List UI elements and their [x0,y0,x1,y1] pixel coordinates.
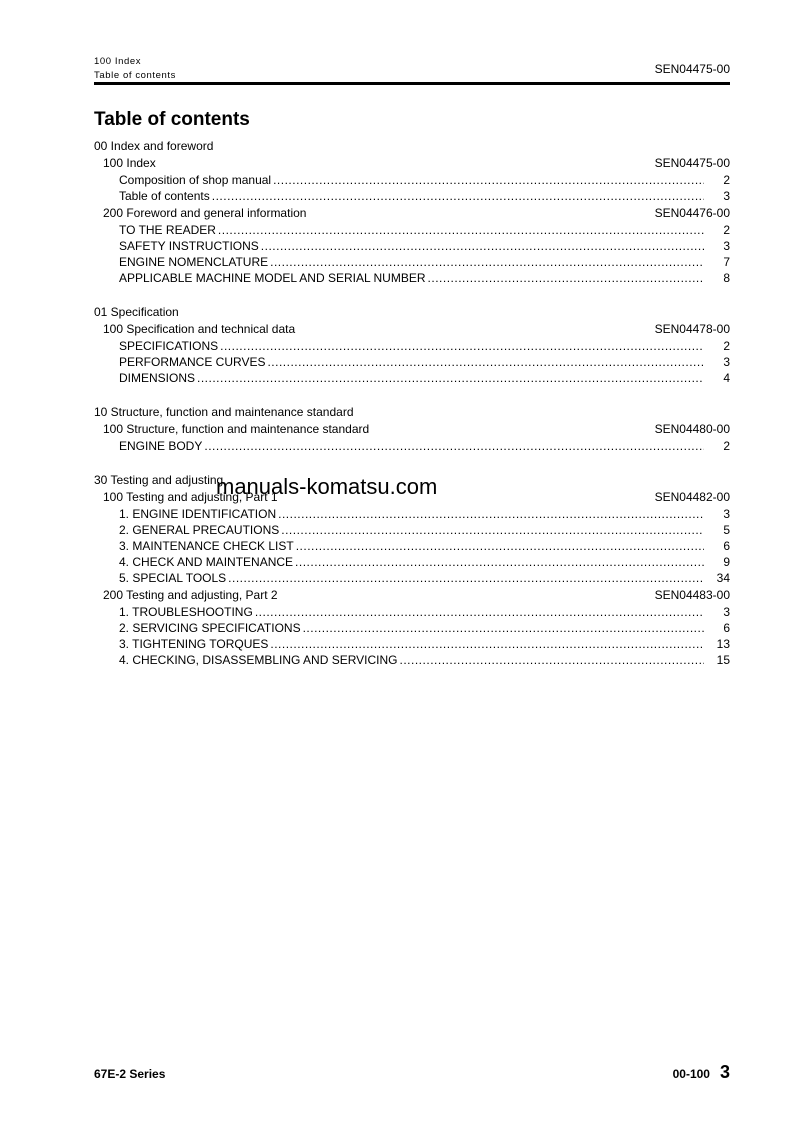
page-title: Table of contents [94,109,250,131]
dot-leader [281,522,704,538]
toc-subsection-title: 100 Index [103,154,156,172]
dot-leader [270,254,704,270]
toc-section-title: 10 Structure, function and maintenance s… [94,404,730,420]
toc-subsection-code: SEN04483-00 [655,586,730,604]
dot-leader [212,188,704,204]
toc-entry-page: 2 [706,438,730,454]
toc-entry-page: 3 [706,238,730,254]
toc-subsection-title: 200 Testing and adjusting, Part 2 [103,586,278,604]
toc-entry[interactable]: SPECIFICATIONS2 [94,338,730,354]
toc-section: 00 Index and foreword100 IndexSEN04475-0… [94,138,730,286]
running-header: 100 Index Table of contents [94,55,176,83]
toc-entry-page: 15 [706,652,730,668]
toc-entry[interactable]: Composition of shop manual2 [94,172,730,188]
watermark: manuals-komatsu.com [216,474,437,500]
dot-leader [197,370,704,386]
toc-entry-label: TO THE READER [119,222,216,238]
toc-entry-page: 3 [706,354,730,370]
header-subsection: Table of contents [94,69,176,83]
dot-leader [296,538,704,554]
toc-entry[interactable]: APPLICABLE MACHINE MODEL AND SERIAL NUMB… [94,270,730,286]
toc-section-title: 00 Index and foreword [94,138,730,154]
dot-leader [255,604,704,620]
toc-entry-page: 5 [706,522,730,538]
toc-section: 01 Specification100 Specification and te… [94,304,730,386]
toc-entry-page: 2 [706,172,730,188]
toc-subsection[interactable]: 200 Foreword and general informationSEN0… [94,204,730,222]
dot-leader [270,636,704,652]
footer-series: 67E-2 Series [94,1067,165,1081]
toc-entry[interactable]: ENGINE NOMENCLATURE7 [94,254,730,270]
toc-entry-label: 1. ENGINE IDENTIFICATION [119,506,276,522]
toc-entry[interactable]: 4. CHECK AND MAINTENANCE9 [94,554,730,570]
toc-subsection[interactable]: 200 Testing and adjusting, Part 2SEN0448… [94,586,730,604]
toc-entry-label: ENGINE NOMENCLATURE [119,254,268,270]
dot-leader [204,438,704,454]
header-doc-code: SEN04475-00 [655,62,730,76]
toc-subsection[interactable]: 100 Structure, function and maintenance … [94,420,730,438]
dot-leader [220,338,704,354]
toc-entry-page: 6 [706,620,730,636]
dot-leader [261,238,704,254]
toc-entry-label: 2. GENERAL PRECAUTIONS [119,522,279,538]
toc-entry[interactable]: 5. SPECIAL TOOLS34 [94,570,730,586]
toc-subsection-code: SEN04482-00 [655,488,730,506]
toc-entry-label: 4. CHECK AND MAINTENANCE [119,554,293,570]
toc-entry-label: 3. TIGHTENING TORQUES [119,636,268,652]
toc-entry-label: APPLICABLE MACHINE MODEL AND SERIAL NUMB… [119,270,426,286]
toc-entry-page: 7 [706,254,730,270]
toc-entry-label: 3. MAINTENANCE CHECK LIST [119,538,294,554]
toc-entry[interactable]: 4. CHECKING, DISASSEMBLING AND SERVICING… [94,652,730,668]
toc-subsection-code: SEN04480-00 [655,420,730,438]
toc-entry-label: Composition of shop manual [119,172,271,188]
toc-entry-label: SAFETY INSTRUCTIONS [119,238,259,254]
toc-entry-label: ENGINE BODY [119,438,202,454]
dot-leader [273,172,704,188]
toc-entry-page: 3 [706,188,730,204]
toc-entry-page: 4 [706,370,730,386]
toc-entry-page: 13 [706,636,730,652]
toc-section-title: 01 Specification [94,304,730,320]
footer-section-code: 00-100 [673,1067,710,1081]
toc-entry-label: 4. CHECKING, DISASSEMBLING AND SERVICING [119,652,398,668]
toc-entry-page: 9 [706,554,730,570]
toc-section: 10 Structure, function and maintenance s… [94,404,730,454]
toc-entry-page: 2 [706,338,730,354]
toc-entry[interactable]: ENGINE BODY2 [94,438,730,454]
header-section: 100 Index [94,55,176,69]
dot-leader [278,506,704,522]
toc-entry[interactable]: 1. ENGINE IDENTIFICATION3 [94,506,730,522]
toc-entry[interactable]: Table of contents3 [94,188,730,204]
toc-entry-label: DIMENSIONS [119,370,195,386]
toc-entry-label: Table of contents [119,188,210,204]
dot-leader [295,554,704,570]
toc-subsection[interactable]: 100 IndexSEN04475-00 [94,154,730,172]
document-page: 100 Index Table of contents SEN04475-00 … [0,0,794,1123]
toc-subsection-code: SEN04475-00 [655,154,730,172]
toc-subsection-code: SEN04476-00 [655,204,730,222]
toc-entry[interactable]: TO THE READER2 [94,222,730,238]
toc-entry-label: 2. SERVICING SPECIFICATIONS [119,620,301,636]
toc-entry-label: PERFORMANCE CURVES [119,354,265,370]
toc-subsection-title: 100 Structure, function and maintenance … [103,420,369,438]
header-rule [94,82,730,85]
toc-entry-label: SPECIFICATIONS [119,338,218,354]
toc-entry-label: 5. SPECIAL TOOLS [119,570,226,586]
toc-entry-page: 8 [706,270,730,286]
dot-leader [218,222,704,238]
toc-entry-page: 34 [706,570,730,586]
toc-subsection-title: 100 Specification and technical data [103,320,295,338]
toc-entry[interactable]: 1. TROUBLESHOOTING3 [94,604,730,620]
toc-entry[interactable]: SAFETY INSTRUCTIONS3 [94,238,730,254]
toc-entry-page: 3 [706,506,730,522]
footer-page-number: 3 [720,1062,730,1083]
toc-entry-page: 2 [706,222,730,238]
toc-subsection-title: 200 Foreword and general information [103,204,306,222]
toc-entry-label: 1. TROUBLESHOOTING [119,604,253,620]
toc-entry-page: 6 [706,538,730,554]
dot-leader [428,270,704,286]
toc-section: 30 Testing and adjusting100 Testing and … [94,472,730,668]
dot-leader [303,620,704,636]
dot-leader [228,570,704,586]
toc-entry[interactable]: 2. GENERAL PRECAUTIONS5 [94,522,730,538]
table-of-contents: 00 Index and foreword100 IndexSEN04475-0… [94,138,730,686]
footer-page-info: 00-100 3 [673,1062,730,1083]
toc-entry[interactable]: PERFORMANCE CURVES3 [94,354,730,370]
toc-entry-page: 3 [706,604,730,620]
toc-entry[interactable]: DIMENSIONS4 [94,370,730,386]
toc-subsection[interactable]: 100 Specification and technical dataSEN0… [94,320,730,338]
dot-leader [267,354,704,370]
toc-entry[interactable]: 3. MAINTENANCE CHECK LIST6 [94,538,730,554]
toc-subsection-code: SEN04478-00 [655,320,730,338]
toc-entry[interactable]: 2. SERVICING SPECIFICATIONS6 [94,620,730,636]
toc-entry[interactable]: 3. TIGHTENING TORQUES13 [94,636,730,652]
dot-leader [400,652,704,668]
